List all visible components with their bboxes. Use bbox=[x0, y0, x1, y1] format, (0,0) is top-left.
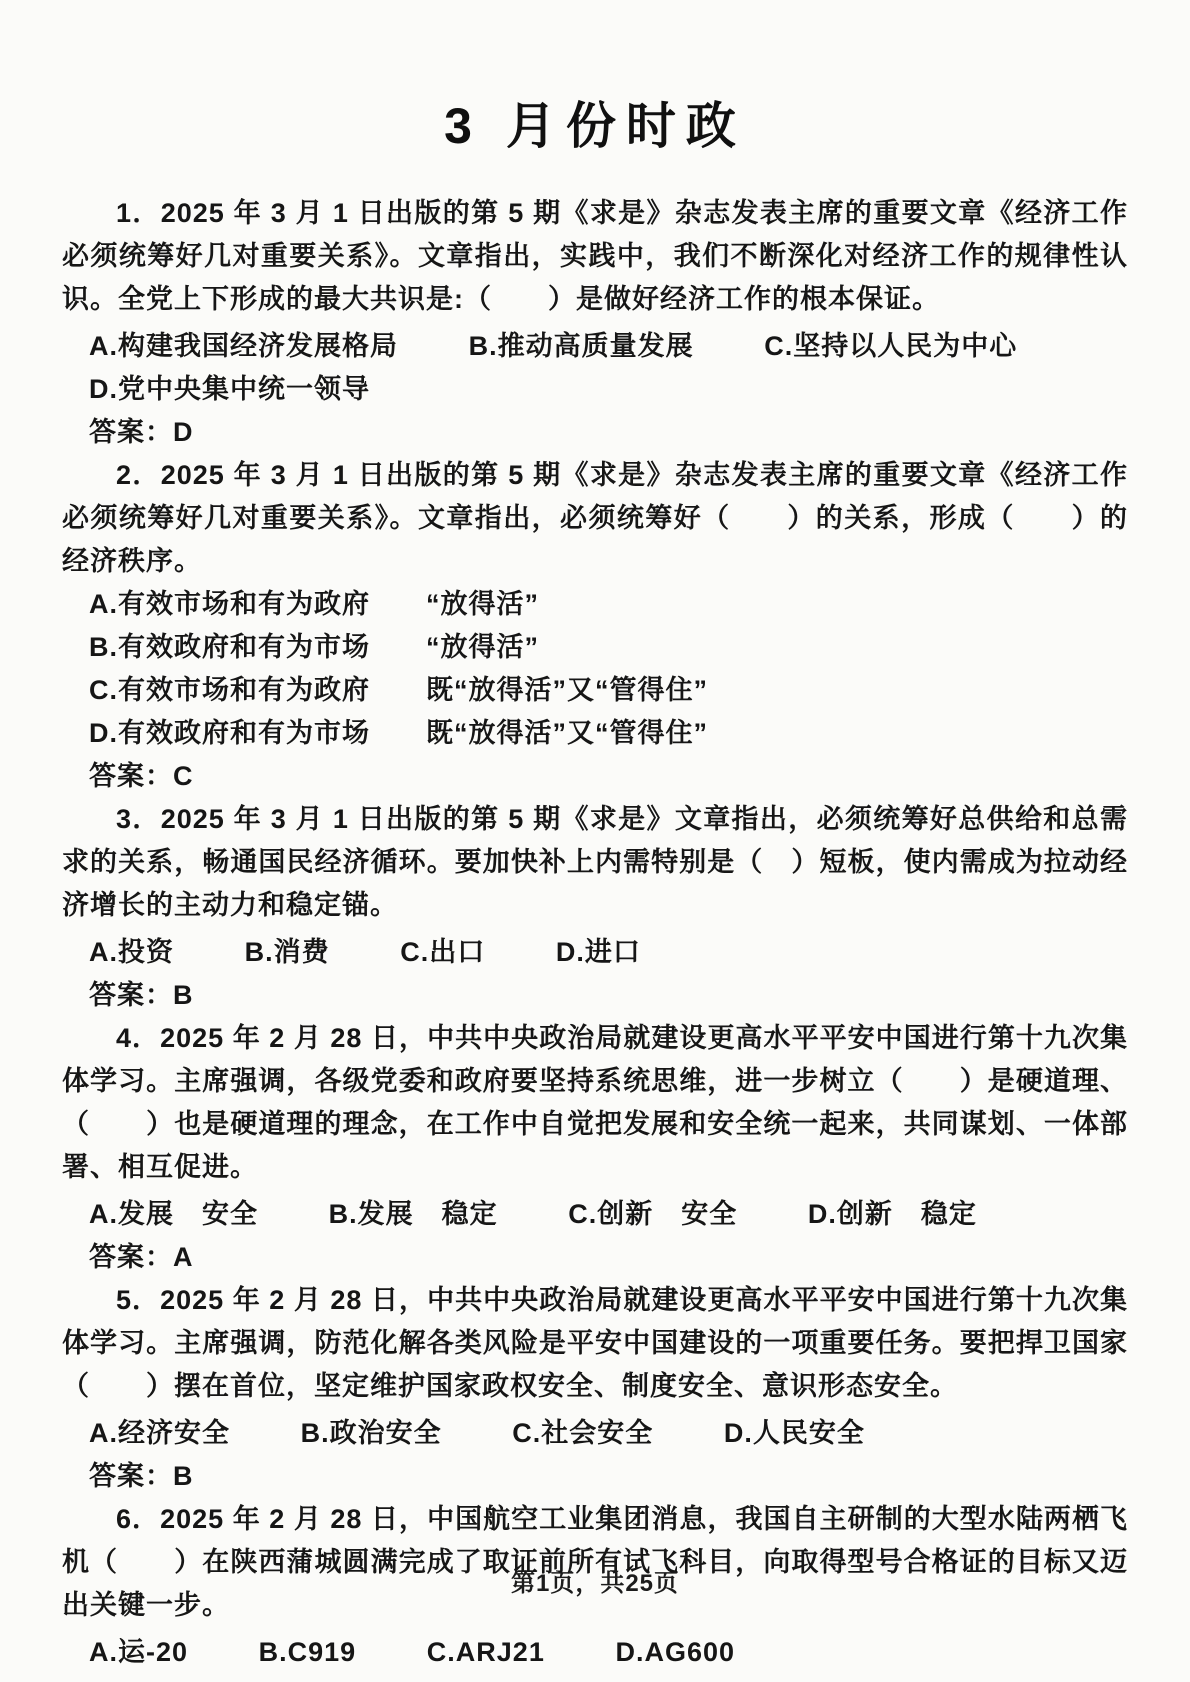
option-c: C.坚持以人民为中心 bbox=[764, 325, 1017, 368]
options-row: A.构建我国经济发展格局 B.推动高质量发展 C.坚持以人民为中心 D.党中央集… bbox=[62, 325, 1128, 411]
option-a: A.有效市场和有为政府 “放得活” bbox=[62, 583, 1128, 626]
option-b: B.消费 bbox=[245, 931, 330, 974]
option-d: D.进口 bbox=[556, 931, 641, 974]
options-row: A.发展 安全 B.发展 稳定 C.创新 安全 D.创新 稳定 bbox=[62, 1193, 1128, 1236]
option-b: B.有效政府和有为市场 “放得活” bbox=[62, 626, 1128, 669]
question-block-1: 1．2025 年 3 月 1 日出版的第 5 期《求是》杂志发表主席的重要文章《… bbox=[62, 192, 1128, 454]
option-c: C.ARJ21 bbox=[427, 1631, 545, 1674]
question-text: 5．2025 年 2 月 28 日，中共中央政治局就建设更高水平平安中国进行第十… bbox=[62, 1279, 1128, 1408]
option-b: B.发展 稳定 bbox=[329, 1193, 498, 1236]
question-text: 1．2025 年 3 月 1 日出版的第 5 期《求是》杂志发表主席的重要文章《… bbox=[62, 192, 1128, 321]
answer-text: 答案：B bbox=[62, 1455, 1128, 1498]
option-c: C.有效市场和有为政府 既“放得活”又“管得住” bbox=[62, 669, 1128, 712]
question-block-3: 3．2025 年 3 月 1 日出版的第 5 期《求是》文章指出，必须统筹好总供… bbox=[62, 798, 1128, 1017]
page-number: 第1页，共25页 bbox=[0, 1563, 1190, 1598]
option-a: A.构建我国经济发展格局 bbox=[89, 325, 398, 368]
question-text: 3．2025 年 3 月 1 日出版的第 5 期《求是》文章指出，必须统筹好总供… bbox=[62, 798, 1128, 927]
answer-text: 答案：B bbox=[62, 974, 1128, 1017]
option-a: A.运-20 bbox=[89, 1631, 188, 1674]
question-block-2: 2．2025 年 3 月 1 日出版的第 5 期《求是》杂志发表主席的重要文章《… bbox=[62, 454, 1128, 798]
option-b: B.推动高质量发展 bbox=[469, 325, 694, 368]
option-d: D.有效政府和有为市场 既“放得活”又“管得住” bbox=[62, 712, 1128, 755]
option-a: A.经济安全 bbox=[89, 1412, 230, 1455]
option-c: C.创新 安全 bbox=[568, 1193, 737, 1236]
option-c: C.出口 bbox=[400, 931, 485, 974]
options-row: A.经济安全 B.政治安全 C.社会安全 D.人民安全 bbox=[62, 1412, 1128, 1455]
option-d: D.AG600 bbox=[615, 1631, 735, 1674]
option-d: D.人民安全 bbox=[724, 1412, 865, 1455]
answer-text: 答案：C bbox=[62, 755, 1128, 798]
answer-text: 答案：D bbox=[62, 411, 1128, 454]
question-block-4: 4．2025 年 2 月 28 日，中共中央政治局就建设更高水平平安中国进行第十… bbox=[62, 1017, 1128, 1279]
option-a: A.发展 安全 bbox=[89, 1193, 258, 1236]
option-b: B.C919 bbox=[259, 1631, 357, 1674]
option-a: A.投资 bbox=[89, 931, 174, 974]
question-text: 2．2025 年 3 月 1 日出版的第 5 期《求是》杂志发表主席的重要文章《… bbox=[62, 454, 1128, 583]
question-block-5: 5．2025 年 2 月 28 日，中共中央政治局就建设更高水平平安中国进行第十… bbox=[62, 1279, 1128, 1498]
document-page: 3 月份时政 1．2025 年 3 月 1 日出版的第 5 期《求是》杂志发表主… bbox=[0, 0, 1190, 1682]
options-row: A.运-20 B.C919 C.ARJ21 D.AG600 bbox=[62, 1631, 1128, 1674]
question-text: 4．2025 年 2 月 28 日，中共中央政治局就建设更高水平平安中国进行第十… bbox=[62, 1017, 1128, 1189]
options-row: A.投资 B.消费 C.出口 D.进口 bbox=[62, 931, 1128, 974]
option-d: D.创新 稳定 bbox=[808, 1193, 977, 1236]
option-c: C.社会安全 bbox=[512, 1412, 653, 1455]
option-d: D.党中央集中统一领导 bbox=[89, 368, 370, 411]
page-title: 3 月份时政 bbox=[62, 86, 1128, 158]
option-b: B.政治安全 bbox=[301, 1412, 442, 1455]
answer-text: 答案：A bbox=[62, 1236, 1128, 1279]
